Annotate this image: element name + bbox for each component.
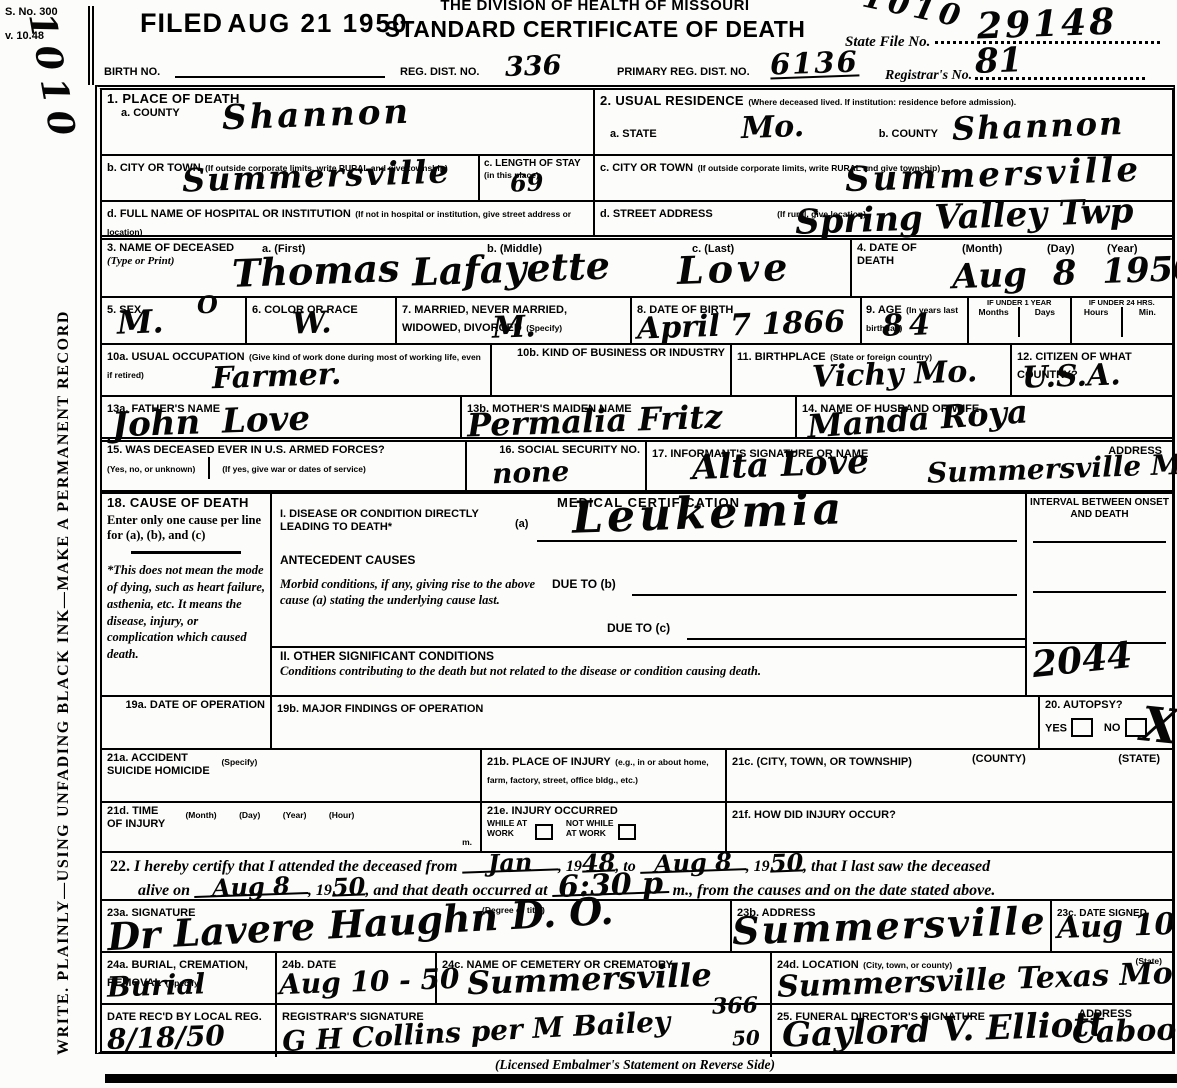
residence-state-label: a. STATE bbox=[610, 128, 657, 140]
other-conditions-block: II. OTHER SIGNIFICANT CONDITIONS Conditi… bbox=[272, 646, 1025, 681]
not-while-at-work-label: NOT WHILE AT WORK bbox=[566, 818, 614, 838]
field-ssn: 16. SOCIAL SECURITY NO. none bbox=[467, 442, 647, 490]
due-to-c-line bbox=[687, 638, 1025, 640]
armed-forces-divider bbox=[208, 457, 210, 479]
field-injury-occurred: 21e. INJURY OCCURRED WHILE AT WORK NOT W… bbox=[482, 803, 727, 851]
major-findings-label: 19b. MAJOR FINDINGS OF OPERATION bbox=[277, 703, 483, 715]
physician-address-value: Summersville bbox=[731, 904, 1047, 949]
state-file-no: 29148 bbox=[935, 8, 1160, 44]
length-of-stay-value: 69 bbox=[510, 171, 544, 194]
birth-no-blank bbox=[175, 76, 385, 78]
field-armed-forces: 15. WAS DECEASED EVER IN U.S. ARMED FORC… bbox=[102, 442, 467, 490]
residence-state-value: Mo. bbox=[741, 113, 805, 142]
field-date-of-death: 4. DATE OF DEATH (Month) (Day) (Year) Au… bbox=[852, 240, 1172, 296]
scan-artifact-bar bbox=[105, 1074, 1177, 1083]
certify-text-1: I hereby certify that I attended the dec… bbox=[134, 858, 458, 875]
city-town-value: Summersville bbox=[182, 157, 452, 195]
field-time-of-injury: 21d. TIME OF INJURY (Month) (Day) (Year)… bbox=[102, 803, 482, 851]
interval-label: INTERVAL BETWEEN ONSET AND DEATH bbox=[1027, 494, 1172, 520]
field-birthplace: 11. BIRTHPLACE (State or foreign country… bbox=[732, 345, 1012, 395]
date-of-death-value: Aug 8 1950 bbox=[952, 254, 1177, 293]
autopsy-yes-label: YES bbox=[1045, 722, 1067, 734]
autopsy-yes-checkbox bbox=[1071, 718, 1093, 737]
age-days-label: Days bbox=[1020, 307, 1069, 337]
while-at-work-label: WHILE AT WORK bbox=[487, 818, 531, 838]
age-value: 84 bbox=[882, 311, 937, 340]
street-address-label: d. STREET ADDRESS bbox=[600, 208, 713, 220]
field-major-findings: 19b. MAJOR FINDINGS OF OPERATION bbox=[272, 697, 1040, 748]
burial-date-value: Aug 10 - 50 bbox=[279, 966, 460, 997]
field-occupation: 10a. USUAL OCCUPATION (Give kind of work… bbox=[102, 345, 492, 395]
certify-alive-year: 50 bbox=[332, 880, 366, 898]
sex-stray-mark: O bbox=[197, 294, 219, 316]
funeral-director-address-value: Cabool Mo bbox=[1072, 1014, 1177, 1047]
field-marital-status: 7. MARRIED, NEVER MARRIED, WIDOWED, DIVO… bbox=[397, 298, 632, 343]
toi-m-label: m. bbox=[462, 837, 472, 847]
field-place-of-death: 1. PLACE OF DEATH a. COUNTY Shannon b. C… bbox=[102, 90, 595, 235]
armed-forces-note2: (If yes, give war or dates of service) bbox=[222, 464, 366, 474]
other-conditions-note: Conditions contributing to the death but… bbox=[280, 664, 1017, 680]
ssn-value: none bbox=[492, 459, 570, 487]
color-race-value: W. bbox=[292, 309, 332, 337]
residence-city-value: Summersville bbox=[845, 155, 1142, 196]
field-age: 9. AGE (In years last birthday) 84 IF UN… bbox=[862, 298, 1172, 343]
certify-text-7: , 19 bbox=[308, 882, 332, 899]
death-certificate-scan: S. No. 300 v. 10.48 1010 WRITE. PLAINLY—… bbox=[0, 0, 1177, 1088]
field-mother-maiden-name: 13b. MOTHER'S MAIDEN NAME Permalia Fritz bbox=[462, 397, 797, 437]
dob-value: April 7 1866 bbox=[637, 308, 846, 342]
toi-day-label: (Day) bbox=[239, 810, 260, 820]
certify-number: 22. bbox=[110, 858, 130, 875]
cause-note-1: Enter only one cause per line for (a), (… bbox=[107, 513, 265, 543]
informant-name-value: Alta Love bbox=[692, 447, 870, 484]
birthplace-value: Vichy Mo. bbox=[812, 358, 978, 391]
field-medical-certification: MEDICAL CERTIFICATION I. DISEASE OR COND… bbox=[272, 494, 1027, 695]
field-funeral-director: 25. FUNERAL DIRECTOR'S SIGNATURE ADDRESS… bbox=[772, 1005, 1172, 1057]
usual-residence-title: 2. USUAL RESIDENCE bbox=[600, 93, 744, 108]
registrar-extra-bottom: 50 bbox=[732, 1029, 760, 1048]
field-how-injury-occurred: 21f. HOW DID INJURY OCCUR? bbox=[727, 803, 1172, 851]
primary-reg-value: 6136 bbox=[770, 48, 860, 79]
age-months-label: Months bbox=[969, 307, 1020, 337]
field-physician-signature: 23a. SIGNATURE (Degree or title) Dr Lave… bbox=[102, 901, 732, 951]
registrar-no-label: Registrar's No. bbox=[885, 68, 972, 84]
registrar-no-value: 81 bbox=[974, 45, 1022, 77]
informant-address-value: Summersville Mo bbox=[927, 451, 1177, 486]
field-date-signed: 23c. DATE SIGNED Aug 10 bbox=[1052, 901, 1172, 951]
armed-forces-note1: (Yes, no, or unknown) bbox=[107, 464, 195, 474]
certify-text-4: , 19 bbox=[746, 858, 770, 875]
middle-name-value: Lafayette bbox=[411, 249, 610, 290]
division-title: THE DIVISION OF HEALTH OF MISSOURI bbox=[380, 0, 810, 14]
disease-condition-sub: (a) bbox=[515, 518, 528, 531]
cause-note-divider bbox=[131, 551, 241, 554]
due-to-c-label: DUE TO (c) bbox=[607, 622, 670, 636]
field-name-of-deceased: 3. NAME OF DECEASED (Type or Print) a. (… bbox=[102, 240, 852, 296]
field-citizenship: 12. CITIZEN OF WHAT COUNTRY? U.S.A. bbox=[1012, 345, 1172, 395]
field-spouse-name: 14. NAME OF HUSBAND OR WIFE Manda Roya bbox=[797, 397, 1172, 437]
antecedent-note: Morbid conditions, if any, giving rise t… bbox=[280, 576, 545, 609]
injury-occurred-label: 21e. INJURY OCCURRED bbox=[487, 805, 720, 818]
field-physician-address: 23b. ADDRESS Summersville bbox=[732, 901, 1052, 951]
reg-dist-value: 336 bbox=[505, 54, 562, 80]
field-place-of-injury: 21b. PLACE OF INJURY (e.g., in or about … bbox=[482, 750, 727, 801]
state-file-value: 29148 bbox=[977, 6, 1118, 43]
age-min-label: Min. bbox=[1123, 307, 1172, 337]
field-autopsy: 20. AUTOPSY? YES NO X bbox=[1040, 697, 1172, 748]
certify-text-9: m., from the causes and on the date stat… bbox=[673, 882, 996, 899]
field-interval-onset-death: INTERVAL BETWEEN ONSET AND DEATH 2044 bbox=[1027, 494, 1172, 695]
cause-of-death-label: 18. CAUSE OF DEATH bbox=[107, 496, 265, 511]
hospital-label: d. FULL NAME OF HOSPITAL OR INSTITUTION bbox=[107, 208, 351, 220]
sex-value: M. bbox=[117, 307, 165, 337]
age-hours-label: Hours bbox=[1072, 307, 1123, 337]
embalmer-footnote: (Licensed Embalmer's Statement on Revers… bbox=[95, 1057, 1175, 1073]
birth-no-label: BIRTH NO. bbox=[104, 66, 160, 79]
field-registrar-signature: REGISTRAR'S SIGNATURE G H Collins per M … bbox=[277, 1005, 772, 1057]
antecedent-label: ANTECEDENT CAUSES bbox=[280, 554, 415, 568]
interval-line-a bbox=[1033, 541, 1166, 543]
occupation-value: Farmer. bbox=[212, 361, 342, 392]
how-injury-label: 21f. HOW DID INJURY OCCUR? bbox=[732, 809, 896, 821]
accident-note: (Specify) bbox=[221, 757, 257, 767]
street-address-value: Spring Valley Twp bbox=[795, 196, 1134, 238]
place-of-injury-label: 21b. PLACE OF INJURY bbox=[487, 756, 611, 768]
certify-text-6: alive on bbox=[138, 882, 190, 899]
certificate-title: STANDARD CERTIFICATE OF DEATH bbox=[380, 16, 810, 42]
physician-signature-value: Dr Lavere Haughn D. O. bbox=[106, 894, 614, 955]
county-value: Shannon bbox=[222, 97, 412, 134]
last-name-value: Love bbox=[676, 250, 791, 288]
age-under-year-label: IF UNDER 1 YEAR bbox=[969, 298, 1070, 307]
disease-condition-label: I. DISEASE OR CONDITION DIRECTLY LEADING… bbox=[280, 508, 510, 533]
due-to-b-label: DUE TO (b) bbox=[552, 578, 616, 592]
mother-name-value: Permalia Fritz bbox=[467, 403, 723, 441]
filed-stamp-word: FILED bbox=[140, 8, 223, 38]
citizenship-value: U.S.A. bbox=[1022, 361, 1122, 391]
cemetery-name-value: Summersville bbox=[467, 961, 713, 998]
toi-year-label: (Year) bbox=[283, 810, 307, 820]
residence-county-label: b. COUNTY bbox=[879, 128, 938, 140]
interval-line-b bbox=[1033, 591, 1166, 593]
age-under-24-label: IF UNDER 24 HRS. bbox=[1072, 298, 1173, 307]
injury-state-label: (STATE) bbox=[1118, 753, 1160, 766]
certify-from-month: Jan bbox=[461, 854, 558, 874]
interval-value: 2044 bbox=[1031, 639, 1134, 682]
time-of-injury-label: 21d. TIME OF INJURY bbox=[107, 805, 167, 830]
burial-type-value: Burial bbox=[107, 971, 206, 1000]
injury-city-label: 21c. (CITY, TOWN, OR TOWNSHIP) bbox=[732, 756, 912, 768]
cause-note-2: *This does not mean the mode of dying, s… bbox=[107, 562, 265, 663]
date-signed-value: Aug 10 bbox=[1057, 911, 1176, 942]
while-at-work-checkbox bbox=[535, 824, 553, 840]
marital-value: M. bbox=[492, 313, 537, 342]
funeral-director-name-value: Gaylord V. Elliott bbox=[782, 1009, 1106, 1051]
field-cemetery-location: 24d. LOCATION (City, town, or county) (S… bbox=[772, 953, 1172, 1003]
margin-pen-number: 1010 bbox=[25, 10, 80, 146]
field-burial-type: 24a. BURIAL, CREMATION, REMOVAL (Specify… bbox=[102, 953, 277, 1003]
armed-forces-label: 15. WAS DECEASED EVER IN U.S. ARMED FORC… bbox=[107, 444, 460, 457]
certify-to-year: 50 bbox=[769, 855, 803, 873]
field-usual-residence: 2. USUAL RESIDENCE (Where deceased lived… bbox=[595, 90, 1172, 235]
field-father-name: 13a. FATHER'S NAME John Love bbox=[102, 397, 462, 437]
date-of-operation-label: 19a. DATE OF OPERATION bbox=[107, 699, 265, 712]
field-sex: 5. SEX M. O bbox=[102, 298, 247, 343]
field-date-of-birth: 8. DATE OF BIRTH April 7 1866 bbox=[632, 298, 862, 343]
injury-county-label: (COUNTY) bbox=[972, 753, 1026, 766]
field-informant: 17. INFORMANT'S SIGNATURE OR NAME ADDRES… bbox=[647, 442, 1172, 490]
autopsy-no-mark: X bbox=[1139, 703, 1177, 750]
filed-stamp: FILED AUG 21 1950 bbox=[140, 8, 408, 39]
field-business-industry: 10b. KIND OF BUSINESS OR INDUSTRY bbox=[492, 345, 732, 395]
margin-rule bbox=[88, 6, 94, 85]
date-received-value: 8/18/50 bbox=[107, 1023, 226, 1052]
toi-month-label: (Month) bbox=[185, 810, 216, 820]
toi-hour-label: (Hour) bbox=[329, 810, 355, 820]
accident-label: 21a. ACCIDENT SUICIDE HOMICIDE bbox=[107, 752, 217, 777]
field-color-race: 6. COLOR OR RACE W. bbox=[247, 298, 397, 343]
margin-instruction: WRITE. PLAINLY—USING UNFADING BLACK INK—… bbox=[55, 155, 73, 1055]
disease-condition-value: Leukemia bbox=[571, 489, 845, 538]
field-accident-suicide-homicide: 21a. ACCIDENT SUICIDE HOMICIDE (Specify) bbox=[102, 750, 482, 801]
field-date-received: DATE REC'D BY LOCAL REG. 8/18/50 bbox=[102, 1005, 277, 1057]
dod-month-label: (Month) bbox=[962, 243, 1002, 256]
autopsy-no-label: NO bbox=[1104, 722, 1121, 734]
not-while-at-work-checkbox bbox=[618, 824, 636, 840]
certify-alive-date: Aug 8 bbox=[194, 878, 308, 898]
first-name-value: Thomas bbox=[231, 251, 400, 291]
residence-county-value: Shannon bbox=[952, 109, 1125, 144]
field-burial-date: 24b. DATE Aug 10 - 50 bbox=[277, 953, 437, 1003]
certificate-form: 1. PLACE OF DEATH a. COUNTY Shannon b. C… bbox=[95, 85, 1175, 1054]
field-certification-statement: 22. I hereby certify that I attended the… bbox=[102, 853, 1172, 899]
field-cause-of-death-notes: 18. CAUSE OF DEATH Enter only one cause … bbox=[102, 494, 272, 695]
business-industry-label: 10b. KIND OF BUSINESS OR INDUSTRY bbox=[497, 347, 725, 360]
reg-dist-label: REG. DIST. NO. bbox=[400, 66, 479, 79]
primary-reg-label: PRIMARY REG. DIST. NO. bbox=[617, 66, 750, 79]
registrar-no-line: 81 bbox=[975, 46, 1145, 80]
father-name-value: John Love bbox=[112, 404, 311, 441]
date-of-death-title: 4. DATE OF DEATH bbox=[857, 242, 927, 267]
field-date-of-operation: 19a. DATE OF OPERATION bbox=[102, 697, 272, 748]
certify-text-5: , that I last saw the deceased bbox=[803, 858, 990, 875]
due-to-b-line bbox=[632, 594, 1017, 596]
usual-residence-note: (Where deceased lived. If institution: r… bbox=[748, 97, 1016, 107]
other-conditions-label: II. OTHER SIGNIFICANT CONDITIONS bbox=[280, 650, 1017, 664]
field-injury-location: 21c. (CITY, TOWN, OR TOWNSHIP) (COUNTY) … bbox=[727, 750, 1172, 801]
residence-city-label: c. CITY OR TOWN bbox=[600, 162, 693, 174]
registrar-extra-top: 366 bbox=[712, 996, 759, 1017]
name-title: 3. NAME OF DECEASED bbox=[107, 242, 237, 255]
